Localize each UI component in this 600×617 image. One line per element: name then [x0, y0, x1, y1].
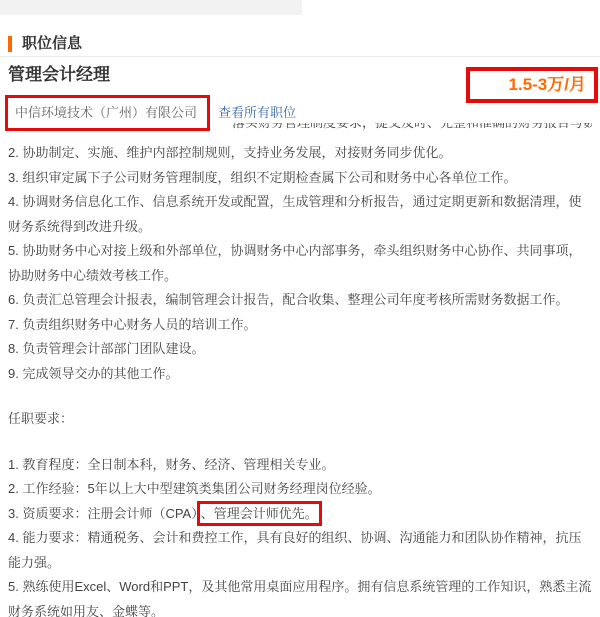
list-item: 2. 协助制定、实施、维护内部控制规则，支持业务发展，对接财务同步优化。	[8, 141, 592, 166]
view-all-jobs-link[interactable]: 查看所有职位	[218, 105, 296, 121]
header-divider	[0, 56, 600, 57]
job-info-page: 职位信息 管理会计经理 1.5-3万/月 中信环境技术（广州）有限公司 查看所有…	[0, 0, 600, 617]
list-item: 3. 资质要求：注册会计师（CPA）、管理会计师优先。	[8, 502, 592, 527]
list-item: 1. 教育程度：全日制本科，财务、经济、管理相关专业。	[8, 453, 592, 478]
list-item: 6. 负责汇总管理会计报表，编制管理会计报告，配合收集、整理公司年度考核所需财务…	[8, 288, 592, 313]
company-name: 中信环境技术（广州）有限公司	[15, 105, 197, 120]
requirements-heading: 任职要求：	[8, 407, 592, 432]
section-header: 职位信息	[8, 36, 82, 52]
list-item: 5. 协助财务中心对接上级和外部单位，协调财务中心内部事务，牵头组织财务中心协作…	[8, 239, 592, 288]
list-item: 3. 组织审定属下子公司财务管理制度，组织不定期检查属下公司和财务中心各单位工作…	[8, 166, 592, 191]
list-item: 7. 负责组织财务中心财务人员的培训工作。	[8, 313, 592, 338]
responsibilities-list: 2. 协助制定、实施、维护内部控制规则，支持业务发展，对接财务同步优化。3. 组…	[8, 141, 592, 386]
salary-text: 1.5-3万/月	[509, 75, 586, 94]
list-item-text: 4. 能力要求：精通税务、会计和费控工作，具有良好的组织、协调、沟通能力和团队协…	[8, 530, 581, 570]
job-description: 落实财务管理制度要求，提交及时、完整和准确的财务报告与数据分析工作。 2. 协助…	[0, 123, 600, 617]
list-item-text: 5. 熟练使用Excel、Word和PPT，及其他常用桌面应用程序。拥有信息系统…	[8, 579, 591, 617]
list-item-text: 1. 教育程度：全日制本科，财务、经济、管理相关专业。	[8, 457, 334, 472]
list-item: 8. 负责管理会计部部门团队建设。	[8, 337, 592, 362]
list-item-text: 3. 资质要求：注册会计师（CPA）	[8, 506, 198, 521]
list-item: 9. 完成领导交办的其他工作。	[8, 362, 592, 387]
top-divider-strip	[0, 0, 302, 15]
list-item: 4. 协调财务信息化工作、信息系统开发或配置，生成管理和分析报告，通过定期更新和…	[8, 190, 592, 239]
clipped-text: 落实财务管理制度要求，提交及时、完整和准确的财务报告与数据分析工作。	[8, 123, 592, 132]
salary-annotation-box: 1.5-3万/月	[466, 67, 598, 103]
section-title: 职位信息	[22, 36, 82, 52]
clipped-text-line: 落实财务管理制度要求，提交及时、完整和准确的财务报告与数据分析工作。	[8, 123, 592, 132]
list-item: 4. 能力要求：精通税务、会计和费控工作，具有良好的组织、协调、沟通能力和团队协…	[8, 526, 592, 575]
list-item-text: 2. 工作经验：5年以上大中型建筑类集团公司财务经理岗位经验。	[8, 481, 381, 496]
list-item: 5. 熟练使用Excel、Word和PPT，及其他常用桌面应用程序。拥有信息系统…	[8, 575, 592, 617]
list-item: 2. 工作经验：5年以上大中型建筑类集团公司财务经理岗位经验。	[8, 477, 592, 502]
highlight-annotation-box: 、管理会计师优先。	[197, 501, 322, 526]
requirements-list: 1. 教育程度：全日制本科，财务、经济、管理相关专业。2. 工作经验：5年以上大…	[8, 453, 592, 617]
accent-bar-icon	[8, 36, 12, 52]
job-title: 管理会计经理	[8, 64, 110, 86]
